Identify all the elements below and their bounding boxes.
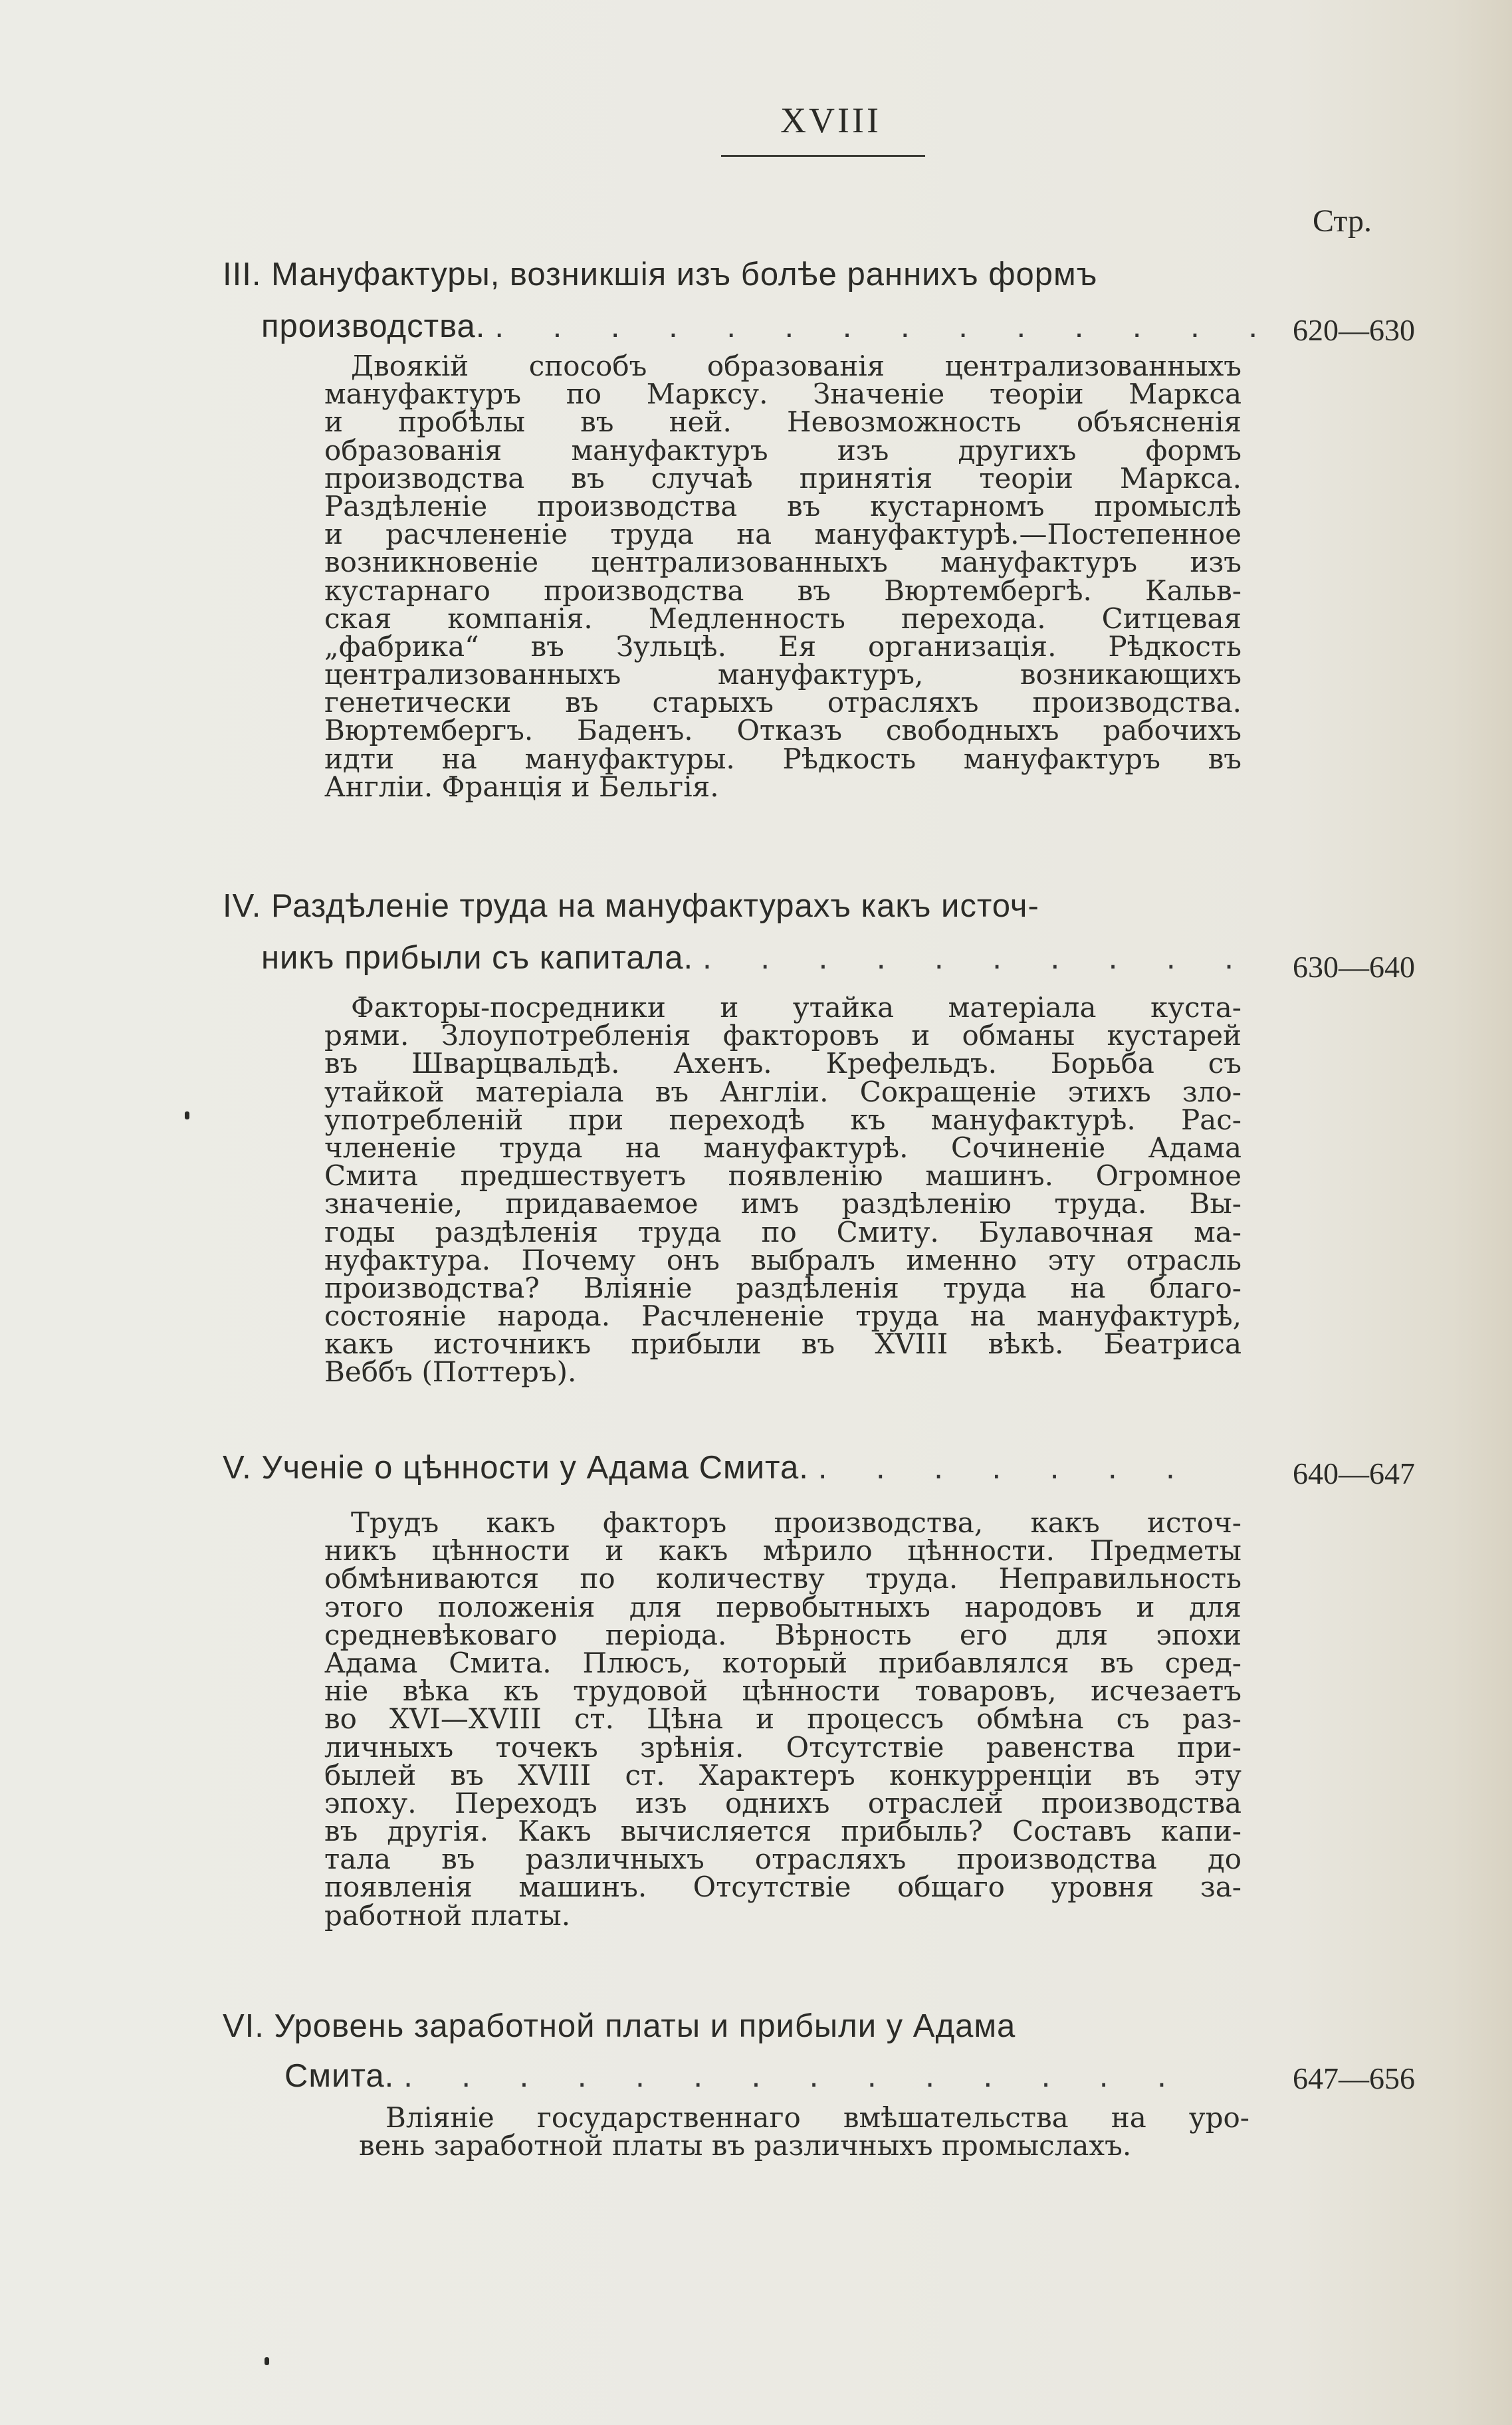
- summary-line: Веббъ (Поттеръ).: [324, 1358, 1242, 1386]
- summary-line: эпоху. Переходъ изъ однихъ отраслей прои…: [324, 1790, 1242, 1817]
- toc-entry-iii-title-cont: производства. . . . . . . . . . . . . . …: [261, 308, 1271, 345]
- summary-line: тала въ различныхъ отрасляхъ производств…: [324, 1845, 1242, 1873]
- summary-line: производства въ случаѣ принятія теоріи М…: [324, 465, 1242, 493]
- summary-line: употребленій при переходѣ къ мануфактурѣ…: [324, 1106, 1242, 1134]
- summary-line: личныхъ точекъ зрѣнія. Отсутствіе равенс…: [324, 1734, 1242, 1762]
- summary-line: Адама Смита. Плюсъ, который прибавлялся …: [324, 1649, 1242, 1677]
- toc-entry-iii-pages: 620—630: [1293, 312, 1439, 348]
- summary-line: ніе вѣка къ трудовой цѣнности товаровъ, …: [324, 1677, 1242, 1705]
- summary-line: мануфактуръ по Марксу. Значеніе теоріи М…: [324, 380, 1242, 408]
- toc-entry-iii-summary: Двоякій способъ образованія централизова…: [324, 352, 1242, 801]
- summary-line: и расчлененіе труда на мануфактурѣ.—Пост…: [324, 520, 1242, 548]
- summary-line: рями. Злоупотребленія факторовъ и обманы…: [324, 1022, 1242, 1050]
- summary-line: идти на мануфактуры. Рѣдкость мануфактур…: [324, 745, 1242, 773]
- summary-line: централизованныхъ мануфактуръ, возникающ…: [324, 661, 1242, 689]
- summary-line: Раздѣленіе производства въ кустарномъ пр…: [324, 493, 1242, 520]
- summary-line: Факторы-посредники и утайка матеріала ку…: [324, 994, 1242, 1022]
- summary-line: работной платы.: [324, 1902, 1242, 1930]
- summary-line: Трудъ какъ факторъ производства, какъ ис…: [324, 1509, 1242, 1537]
- toc-entry-v-pages: 640—647: [1293, 1456, 1439, 1491]
- toc-entry-vi-title: VI. Уровень заработной платы и прибыли у…: [223, 2008, 1259, 2045]
- toc-entry-iv-pages: 630—640: [1293, 949, 1439, 984]
- summary-line: ская компанія. Медленность перехода. Сит…: [324, 605, 1242, 633]
- summary-line: члененіе труда на мануфактурѣ. Сочиненіе…: [324, 1134, 1242, 1162]
- summary-line: кустарнаго производства въ Вюртембергѣ. …: [324, 577, 1242, 605]
- dot-leaders: . . . . . . . . . . . . . . . . . . .: [403, 2057, 1215, 2095]
- toc-entry-vi-pages: 647—656: [1293, 2061, 1439, 2096]
- toc-entry-iv-title-cont: никъ прибыли съ капитала. . . . . . . . …: [261, 939, 1271, 977]
- entry-numeral: V.: [223, 1449, 252, 1486]
- book-page: XVIII Стр. III. Мануфактуры, возникшія и…: [0, 0, 1512, 2425]
- summary-line: Англіи. Франція и Бельгія.: [324, 773, 1242, 801]
- entry-numeral: III.: [223, 257, 261, 292]
- summary-line: „фабрика“ въ Зульцѣ. Ея организація. Рѣд…: [324, 633, 1242, 661]
- summary-line: Смита предшествуетъ появленію машинъ. Ог…: [324, 1162, 1242, 1190]
- entry-title-text: Мануфактуры, возникшія изъ болѣе раннихъ…: [271, 257, 1097, 292]
- entry-numeral: IV.: [223, 888, 261, 924]
- toc-entry-v-summary: Трудъ какъ факторъ производства, какъ ис…: [324, 1509, 1242, 1930]
- entry-title-text: Раздѣленіе труда на мануфактурахъ какъ и…: [271, 888, 1039, 924]
- summary-line: никъ цѣнности и какъ мѣрило цѣнности. Пр…: [324, 1537, 1242, 1565]
- entry-title-text: Смита.: [284, 2057, 394, 2095]
- toc-entry-vi-summary: Вліяніе государственнаго вмѣшательства н…: [359, 2104, 1249, 2160]
- toc-entry-iv-title: IV. Раздѣленіе труда на мануфактурахъ ка…: [223, 887, 1259, 925]
- summary-line: вень заработной платы въ различныхъ пром…: [359, 2132, 1249, 2160]
- summary-line: въ другія. Какъ вычисляется прибыль? Сос…: [324, 1817, 1242, 1845]
- summary-line: генетически въ старыхъ отрасляхъ произво…: [324, 689, 1242, 717]
- entry-title-text: никъ прибыли съ капитала.: [261, 939, 693, 977]
- page-column-label: Стр.: [1313, 203, 1372, 239]
- summary-line: Вюртембергъ. Баденъ. Отказъ свободныхъ р…: [324, 717, 1242, 745]
- dot-leaders: . . . . . . . . . . .: [702, 939, 1271, 977]
- summary-line: Двоякій способъ образованія централизова…: [324, 352, 1242, 380]
- summary-line: и пробѣлы въ ней. Невозможность объяснен…: [324, 408, 1242, 436]
- entry-title-text: производства.: [261, 308, 485, 345]
- toc-entry-iv-summary: Факторы-посредники и утайка матеріала ку…: [324, 994, 1242, 1387]
- summary-line: значеніе, придаваемое имъ раздѣленію тру…: [324, 1190, 1242, 1218]
- toc-entry-iii-title: III. Мануфактуры, возникшія изъ болѣе ра…: [223, 256, 1259, 293]
- toc-entry-vi-title-cont: Смита. . . . . . . . . . . . . . . . . .…: [284, 2057, 1215, 2095]
- summary-line: средневѣковаго періода. Вѣрность его для…: [324, 1621, 1242, 1649]
- header-rule: [721, 155, 925, 157]
- ink-speck: [185, 1111, 189, 1119]
- summary-line: годы раздѣленія труда по Смиту. Булавочн…: [324, 1218, 1242, 1246]
- summary-line: Вліяніе государственнаго вмѣшательства н…: [359, 2104, 1249, 2132]
- entry-title-text: Ученіе о цѣнности у Адама Смита.: [261, 1449, 808, 1486]
- summary-line: состояніе народа. Расчлененіе труда на м…: [324, 1302, 1242, 1330]
- summary-line: былей въ XVIII ст. Характеръ конкурренці…: [324, 1762, 1242, 1790]
- summary-line: образованія мануфактуръ изъ другихъ форм…: [324, 437, 1242, 465]
- summary-line: появленія машинъ. Отсутствіе общаго уров…: [324, 1873, 1242, 1901]
- summary-line: какъ источникъ прибыли въ XVIII вѣкѣ. Бе…: [324, 1330, 1242, 1358]
- summary-line: этого положенія для первобытныхъ народов…: [324, 1593, 1242, 1621]
- summary-line: во XVI—XVIII ст. Цѣна и процессъ обмѣна …: [324, 1705, 1242, 1733]
- entry-title-text: Уровень заработной платы и прибыли у Ада…: [274, 2008, 1016, 2044]
- dot-leaders: . . . . . . . . . . . . . . . . . .: [494, 308, 1271, 345]
- toc-entry-v-title: V. Ученіе о цѣнности у Адама Смита. . . …: [223, 1449, 1240, 1486]
- ink-speck: [265, 2357, 269, 2365]
- summary-line: утайкой матеріала въ Англіи. Сокращеніе …: [324, 1078, 1242, 1106]
- summary-line: обмѣниваются по количеству труда. Неправ…: [324, 1565, 1242, 1593]
- summary-line: нуфактура. Почему онъ выбралъ именно эту…: [324, 1246, 1242, 1274]
- summary-line: въ Шварцвальдѣ. Ахенъ. Крефельдъ. Борьба…: [324, 1050, 1242, 1078]
- entry-numeral: VI.: [223, 2008, 265, 2044]
- summary-line: производства? Вліяніе раздѣленія труда н…: [324, 1274, 1242, 1302]
- page-number: XVIII: [721, 100, 940, 141]
- dot-leaders: . . . . . . .: [818, 1449, 1240, 1486]
- summary-line: возникновеніе централизованныхъ мануфакт…: [324, 548, 1242, 576]
